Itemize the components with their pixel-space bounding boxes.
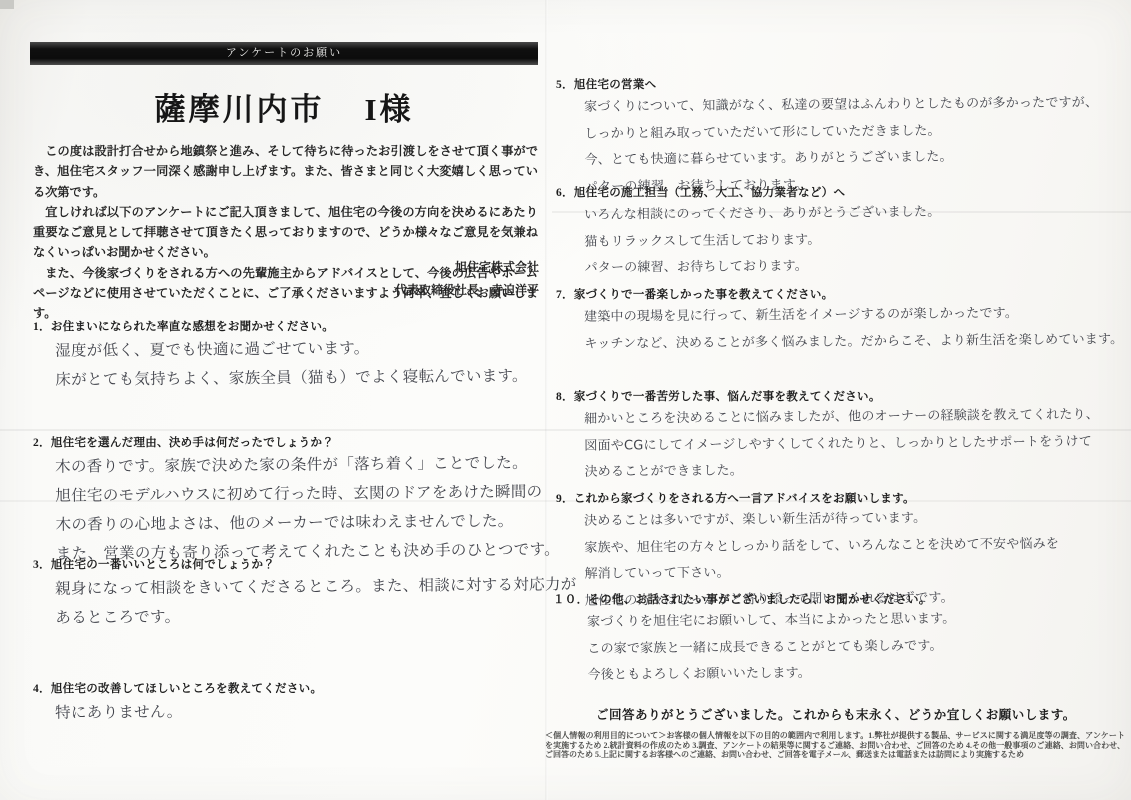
question-label: 6．旭住宅の施工担当（工務、大工、協力業者など）へ	[556, 184, 1131, 200]
question-label: 5．旭住宅の営業へ	[556, 76, 1131, 92]
answer-line: 旭住宅のモデルハウスに初めて行った時、玄関のドアをあけた瞬間の	[55, 478, 543, 511]
question-label: 9．これから家づくりをされる方へ一言アドバイスをお願いします。	[556, 490, 1131, 506]
answer-line: 木の香りです。家族で決めた家の条件が「落ち着く」ことでした。	[55, 449, 543, 482]
handwritten-answer: 家づくりを旭住宅にお願いして、本当によかったと思います。この家で家族と一緒に成長…	[553, 605, 1131, 690]
question-block-3: 3．旭住宅の一番いいところは何でしょうか？ 親身になって相談をきいてくださるとこ…	[33, 556, 543, 633]
question-block-7: 7．家づくりで一番楽しかった事を教えてください。 建築中の現場を見に行って、新生…	[556, 286, 1131, 358]
answer-line: 家族や、旭住宅の方々としっかり話をして、いろんなことを決めて不安や悩みを	[584, 530, 1131, 561]
handwritten-answer: 特にありません。	[33, 695, 543, 728]
question-block-6: 6．旭住宅の施工担当（工務、大工、協力業者など）へ いろんな相談にのってくださり…	[556, 184, 1131, 283]
question-label: １０．その他、お話されたい事がございましたら、お聞かせください。	[553, 591, 1131, 607]
handwritten-answer: 木の香りです。家族で決めた家の条件が「落ち着く」ことでした。旭住宅のモデルハウス…	[33, 449, 544, 569]
answer-line: キッチンなど、決めることが多く悩みました。だからこそ、より新生活を楽しめています…	[584, 326, 1131, 357]
answer-line: 家づくりについて、知識がなく、私達の要望はふんわりとしたものが多かったですが、	[584, 90, 1131, 121]
answer-line: あるところです。	[55, 600, 543, 633]
closing-message: ご回答ありがとうございました。これからも末永く、どうか宜しくお願いします。	[596, 705, 1076, 723]
question-label: 1．お住まいになられた率直な感想をお聞かせください。	[33, 318, 543, 334]
answer-line: 図面やCGにしてイメージしやすくしてくれたりと、しっかりとしたサポートをうけて	[584, 428, 1131, 459]
answer-line: 親身になって相談をきいてくださるところ。また、相談に対する対応力が	[55, 571, 543, 604]
question-block-5: 5．旭住宅の営業へ 家づくりについて、知識がなく、私達の要望はふんわりとしたもの…	[556, 76, 1131, 201]
intro-paragraph: この度は設計打合せから地鎮祭と進み、そして待ちに待ったお引渡しをさせて頂く事がで…	[33, 141, 538, 202]
answer-line: 決めることができました。	[584, 455, 1131, 486]
representative-name: 代表取締役社長 寺迫洋平	[30, 279, 539, 302]
survey-header-banner: アンケートのお願い	[30, 42, 538, 65]
answer-line: パターの練習、お待ちしております。	[584, 251, 1131, 282]
answer-line: 特にありません。	[55, 695, 543, 728]
answer-line: 湿度が低く、夏でも快適に過ごせています。	[55, 333, 543, 366]
title-city: 薩摩川内市	[154, 92, 324, 127]
title-name: I様	[364, 92, 413, 127]
scan-corner-artifact	[0, 0, 14, 9]
question-label: 8．家づくりで一番苦労した事、悩んだ事を教えてください。	[556, 388, 1131, 404]
scanned-survey-page: アンケートのお願い 薩摩川内市I様 この度は設計打合せから地鎮祭と進み、そして待…	[0, 0, 1131, 800]
question-block-8: 8．家づくりで一番苦労した事、悩んだ事を教えてください。 細かいところを決めるこ…	[556, 388, 1131, 487]
signature-block: 旭住宅株式会社 代表取締役社長 寺迫洋平	[30, 256, 539, 302]
handwritten-answer: 湿度が低く、夏でも快適に過ごせています。床がとても気持ちよく、家族全員（猫も）で…	[33, 333, 543, 395]
question-block-2: 2．旭住宅を選んだ理由、決め手は何だったでしょうか？ 木の香りです。家族で決めた…	[33, 434, 543, 569]
question-block-1: 1．お住まいになられた率直な感想をお聞かせください。 湿度が低く、夏でも快適に過…	[33, 318, 543, 395]
page-title: 薩摩川内市I様	[30, 84, 538, 129]
answer-line: 木の香りの心地よさは、他のメーカーでは味わえませんでした。	[56, 507, 544, 540]
intro-paragraph: 宜しければ以下のアンケートにご記入頂きまして、旭住宅の今後の方向を決めるにあたり…	[33, 202, 538, 263]
question-block-4: 4．旭住宅の改善してほしいところを教えてください。 特にありません。	[33, 680, 543, 728]
handwritten-answer: 親身になって相談をきいてくださるところ。また、相談に対する対応力があるところです…	[33, 571, 543, 633]
paper-fold-line	[545, 0, 548, 800]
handwritten-answer: 建築中の現場を見に行って、新生活をイメージするのが楽しかったです。キッチンなど、…	[556, 300, 1131, 358]
question-label: 2．旭住宅を選んだ理由、決め手は何だったでしょうか？	[33, 434, 543, 450]
question-label: 7．家づくりで一番楽しかった事を教えてください。	[556, 286, 1131, 302]
handwritten-answer: いろんな相談にのってくださり、ありがとうございました。猫もリラックスして生活して…	[556, 198, 1131, 283]
question-label: 3．旭住宅の一番いいところは何でしょうか？	[33, 556, 543, 572]
question-block-10: １０．その他、お話されたい事がございましたら、お聞かせください。 家づくりを旭住…	[553, 591, 1131, 690]
handwritten-answer: 細かいところを決めることに悩みましたが、他のオーナーの経験談を教えてくれたり、図…	[556, 402, 1131, 487]
company-name: 旭住宅株式会社	[30, 256, 539, 279]
question-label: 4．旭住宅の改善してほしいところを教えてください。	[33, 680, 543, 696]
answer-line: 細かいところを決めることに悩みましたが、他のオーナーの経験談を教えてくれたり、	[584, 402, 1131, 433]
privacy-notice: ＜個人情報の利用目的について＞お客様の個人情報を以下の目的の範囲内で利用します。…	[545, 731, 1125, 760]
answer-line: 床がとても気持ちよく、家族全員（猫も）でよく寝転んでいます。	[55, 362, 543, 395]
answer-line: 今後ともよろしくお願いいたします。	[587, 658, 1131, 689]
